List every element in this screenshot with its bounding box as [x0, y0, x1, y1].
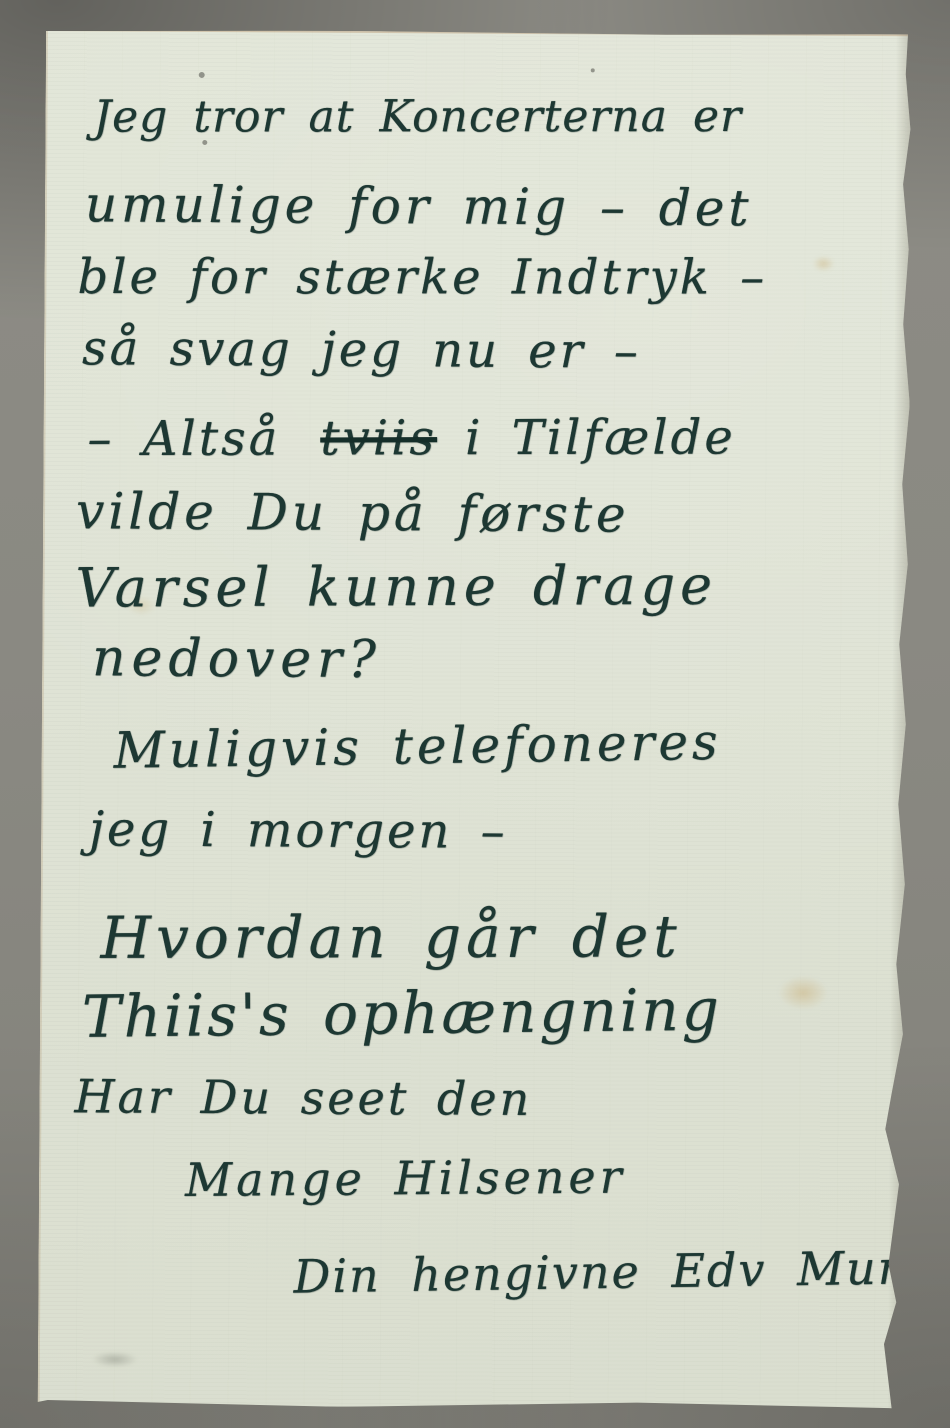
handwriting-line-4: så svag jeg nu er –: [82, 320, 641, 379]
paper-smudge: [92, 1351, 138, 1367]
handwriting-line-3: ble for stærke Indtryk –: [77, 249, 767, 306]
handwriting-line-13: Har Du seet den: [74, 1069, 532, 1126]
handwriting-line-8: nedover?: [92, 628, 382, 690]
struck-out-word: tviis: [320, 410, 437, 466]
handwriting-line-5: – Altsåtviisi Tilfælde: [87, 409, 735, 467]
closing-line: Mange Hilsener: [185, 1149, 626, 1206]
letter-sheet: Jeg tror at Koncerterna er umulige for m…: [38, 29, 912, 1410]
handwriting-line-11: Hvordan går det: [100, 902, 681, 972]
paper-speck: [199, 72, 205, 78]
handwriting-line-9: Muligvis telefoneres: [113, 713, 722, 780]
paper-speck: [591, 68, 595, 72]
handwriting-line-1: Jeg tror at Koncerterna er: [93, 91, 742, 143]
handwriting-line-6: vilde Du på første: [76, 482, 630, 543]
line5-text-before-strike: – Altså: [87, 411, 280, 468]
handwriting-line-7: Varsel kunne drage: [75, 554, 717, 620]
paper-stain: [813, 256, 835, 272]
deckle-edge-shadow: [888, 34, 912, 1410]
paper-stain: [778, 975, 828, 1009]
line5-text-after-strike: i Tilfælde: [465, 409, 736, 466]
handwriting-line-12: Thiis's ophængning: [82, 976, 723, 1051]
handwriting-line-2: umulige for mig – det: [85, 175, 753, 237]
photograph-of-letter: Jeg tror at Koncerterna er umulige for m…: [0, 0, 950, 1428]
signature-line: Din hengivne Edv Munch: [293, 1240, 950, 1304]
handwriting-line-10: jeg i morgen –: [89, 801, 508, 860]
